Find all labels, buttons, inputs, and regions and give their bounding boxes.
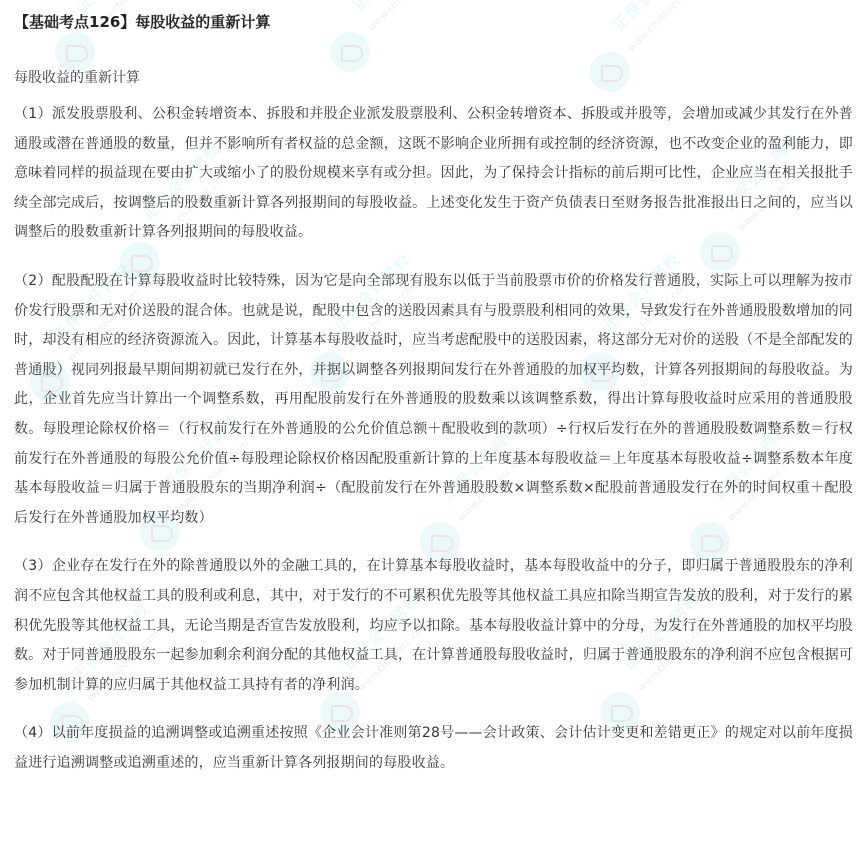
paragraph-1: （1）派发股票股利、公积金转增资本、拆股和并股企业派发股票股利、公积金转增资本、… — [14, 100, 853, 248]
paragraph-3: （3）企业存在发行在外的除普通股以外的金融工具的，在计算基本每股收益时，基本每股… — [14, 552, 853, 700]
article-title: 【基础考点126】每股收益的重新计算 — [14, 0, 853, 40]
section-heading: 每股收益的重新计算 — [14, 40, 853, 88]
article: 【基础考点126】每股收益的重新计算 每股收益的重新计算 （1）派发股票股利、公… — [0, 0, 863, 778]
paragraph-4: （4）以前年度损益的追溯调整或追溯重述按照《企业会计准则第28号——会计政策、会… — [14, 719, 853, 778]
paragraph-2: （2）配股配股在计算每股收益时比较特殊，因为它是向全部现有股东以低于当前股票市价… — [14, 267, 853, 533]
